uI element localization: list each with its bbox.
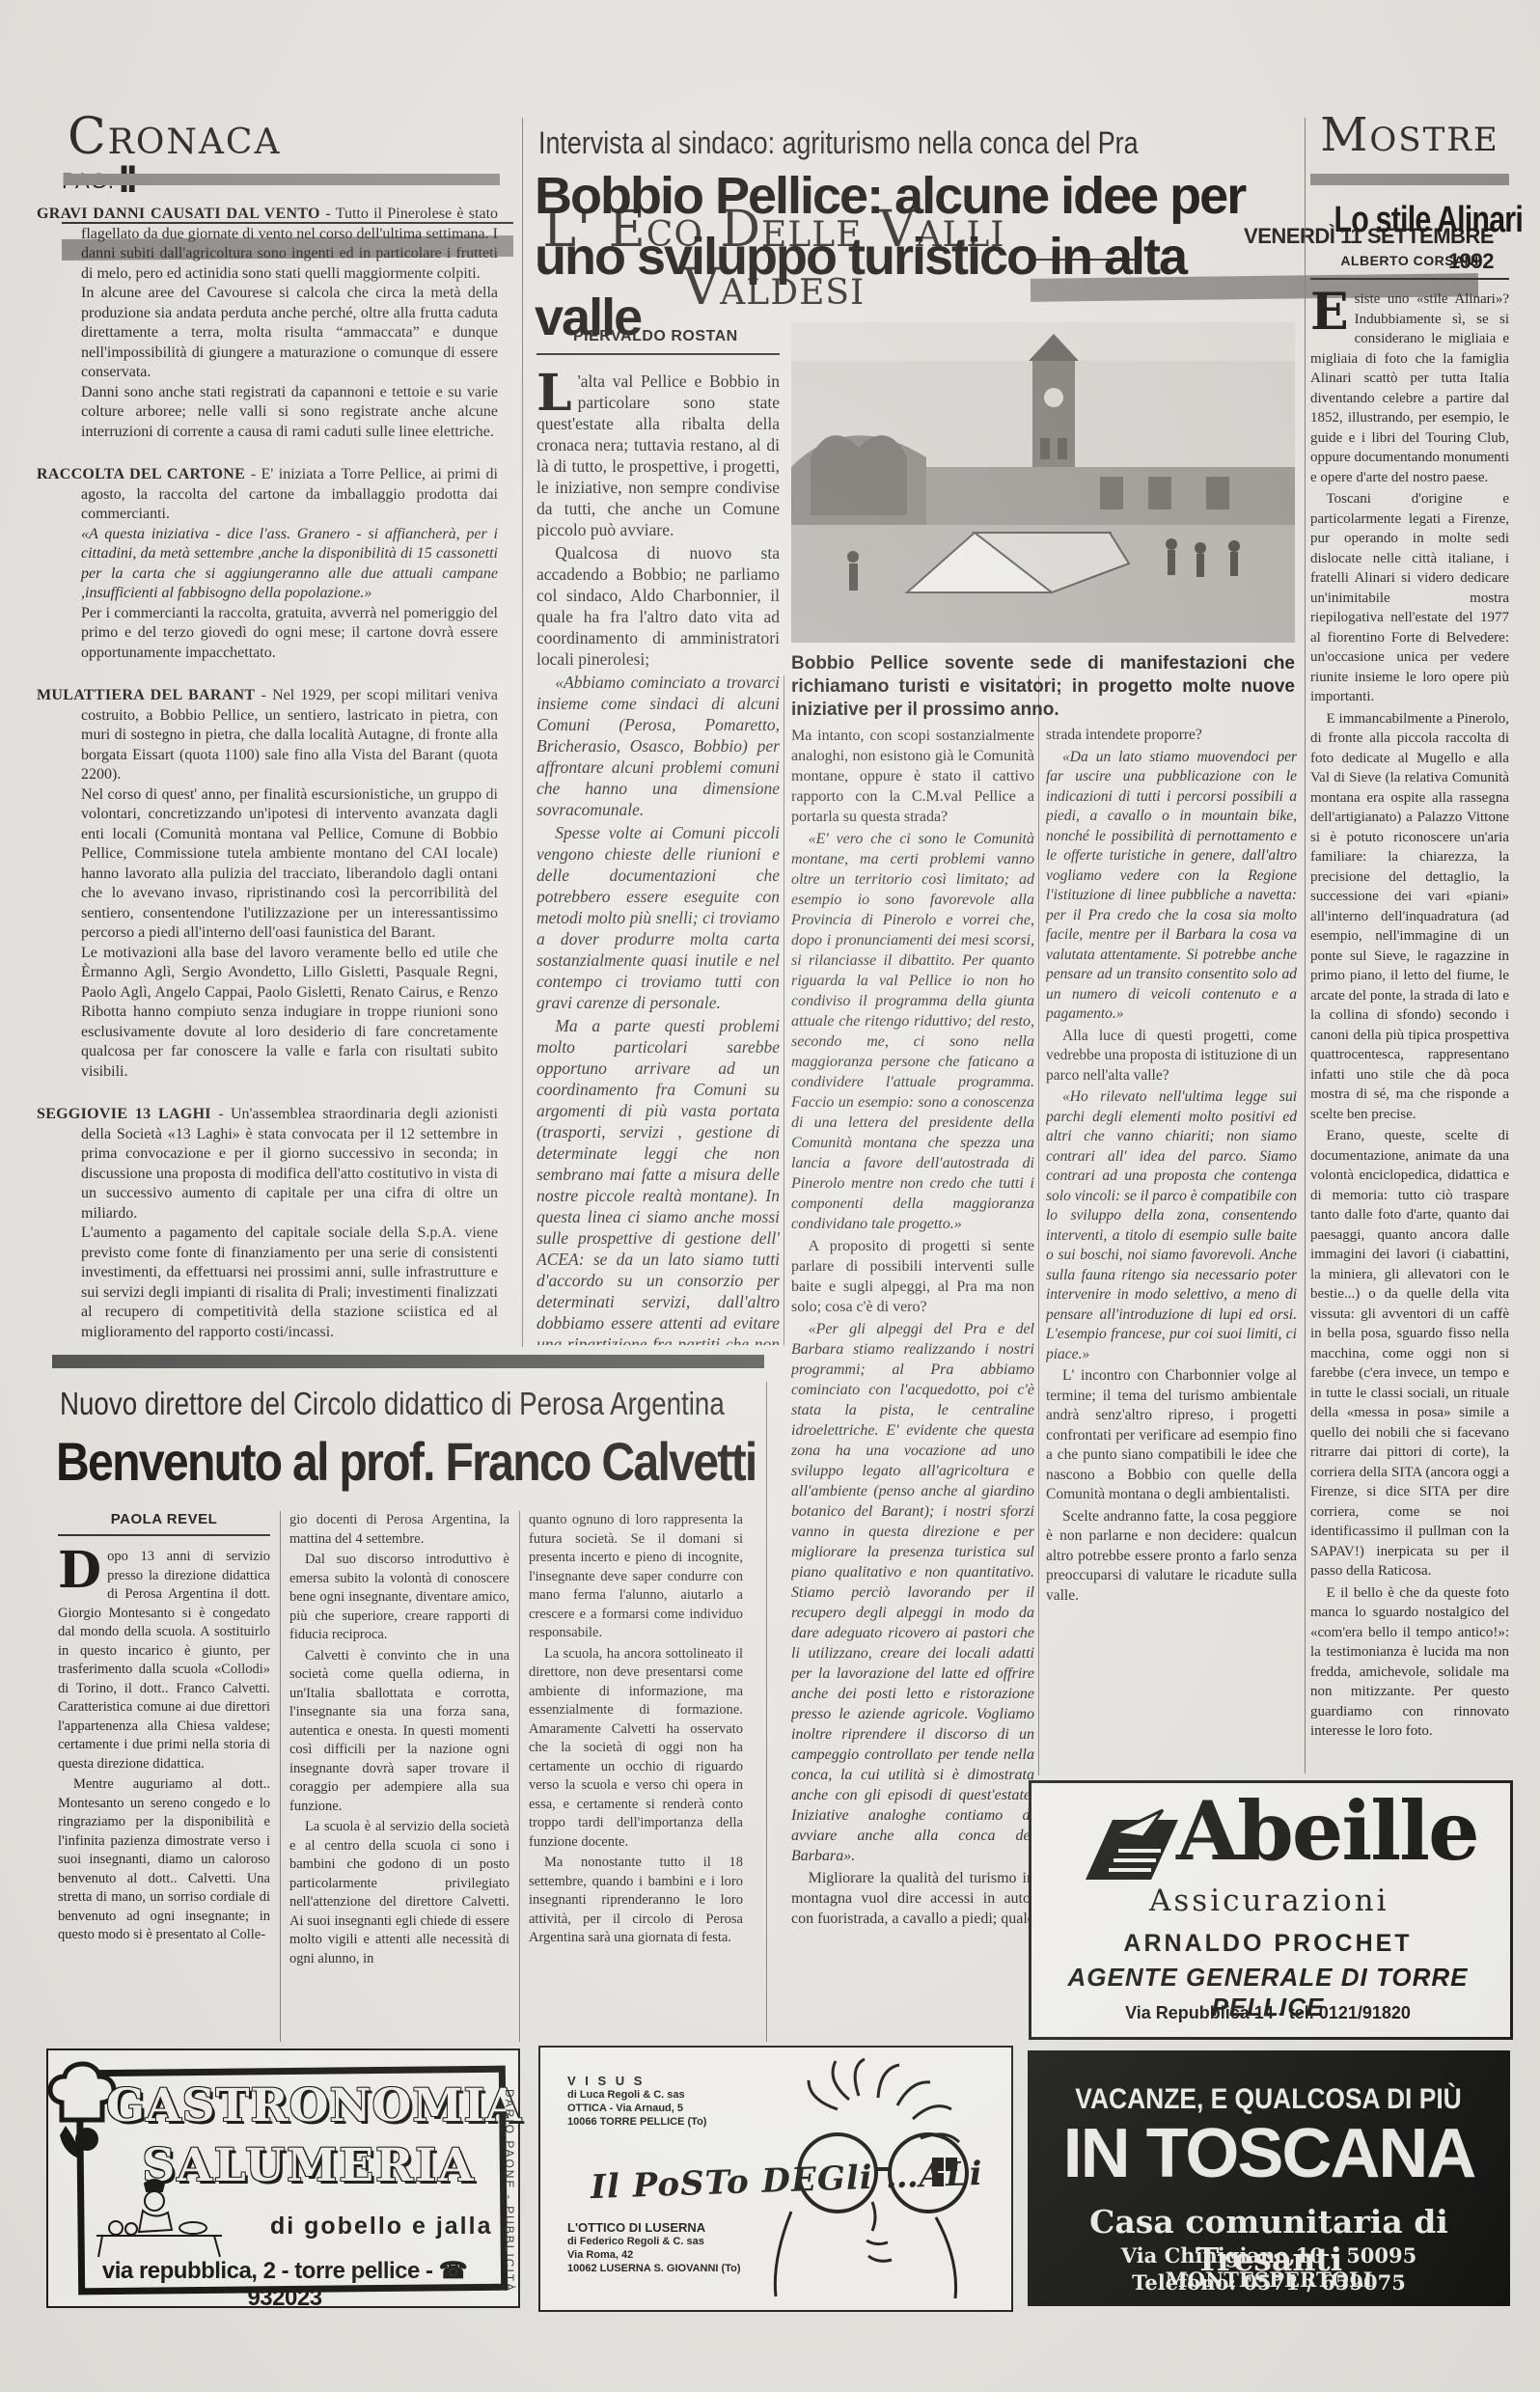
- mostre-text: Esiste uno «stile Alinari»? Indubbiament…: [1310, 289, 1509, 1772]
- bee-icon: [1070, 1804, 1186, 1890]
- ad-toscana: VACANZE, E QUALCOSA DI PIÙ IN TOSCANA Ca…: [1028, 2050, 1510, 2306]
- school-col1: Dopo 13 anni di servizio presso la direz…: [58, 1548, 270, 2042]
- town-square-illustration: [791, 322, 1295, 643]
- school-col2: gio docenti di Perosa Argentina, la matt…: [289, 1511, 509, 2042]
- news-item: MULATTIERA DEL BARANT - Nel 1929, per sc…: [37, 686, 498, 1082]
- visus-name: V I S U S: [567, 2075, 706, 2088]
- news-item: SEGGIOVIE 13 LAGHI - Un'assemblea straor…: [37, 1105, 498, 1342]
- divider-school-2-3: [519, 1511, 520, 2042]
- cronaca-bar: [64, 174, 500, 185]
- ad-ottico: V I S U S di Luca Regoli & C. sas OTTICA…: [538, 2046, 1013, 2312]
- school-byline: PAOLA REVEL: [58, 1511, 270, 1527]
- section-title-mostre: Mostre: [1310, 108, 1509, 162]
- abeille-brand: Abeille: [1176, 1783, 1478, 1879]
- news-item: RACCOLTA DEL CARTONE - E' iniziata a Tor…: [37, 465, 498, 663]
- mostre-byline-rule: [1310, 278, 1509, 280]
- section-separator-bar: [52, 1355, 764, 1368]
- ad-gastronomia: GASTRONOMIA SALUMERIA di gobello e jalla…: [46, 2048, 520, 2308]
- lottico-line2: Via Roma, 42: [567, 2248, 741, 2262]
- main-byline-rule: [536, 353, 780, 355]
- school-byline-rule: [58, 1534, 270, 1536]
- divider-col2-col3: [1038, 675, 1039, 1775]
- news-item: GRAVI DANNI CAUSATI DAL VENTO - Tutto il…: [37, 205, 498, 442]
- gastronomia-owners: di gobello e jalla: [270, 2213, 492, 2241]
- cook-illustration: [87, 2176, 232, 2268]
- section-title-cronaca: Cronaca: [68, 108, 281, 166]
- gastronomia-line1: GASTRONOMIA: [106, 2079, 492, 2132]
- gastronomia-address: via repubblica, 2 - torre pellice - ☎ 93…: [87, 2257, 482, 2312]
- visus-line3: 10066 TORRE PELLICE (To): [567, 2115, 706, 2129]
- main-kicker: Intervista al sindaco: agriturismo nella…: [538, 125, 1139, 161]
- divider-school-1-2: [280, 1511, 281, 2042]
- lottico-name: L'OTTICO DI LUSERNA: [567, 2221, 741, 2235]
- photo-caption: Bobbio Pellice sovente sede di manifesta…: [791, 652, 1295, 722]
- mostre-bar: [1310, 174, 1509, 185]
- main-byline: PIERVALDO ROSTAN: [573, 328, 738, 345]
- cronaca-items: GRAVI DANNI CAUSATI DAL VENTO - Tutto il…: [37, 205, 498, 1347]
- school-col3: quanto ognuno di loro rappresenta la fut…: [529, 1511, 743, 2042]
- mostre-headline: Lo stile Alinari: [1334, 199, 1523, 241]
- divider-col1-col2: [784, 675, 784, 1345]
- school-kicker: Nuovo direttore del Circolo didattico di…: [60, 1386, 725, 1422]
- main-article-col3: strada intendete proporre?«Da un lato st…: [1046, 726, 1297, 1773]
- gastronomia-credit: DARIO PAONE - PUBBLICITÀ: [503, 2089, 516, 2293]
- ad-abeille: Abeille Assicurazioni ARNALDO PROCHET AG…: [1029, 1780, 1513, 2040]
- toscana-title: IN TOSCANA: [1028, 2114, 1510, 2193]
- abeille-address: Via Repubblica 14 - tel. 0121/91820: [1031, 2003, 1504, 2023]
- school-headline: Benvenuto al prof. Franco Calvetti: [56, 1430, 756, 1494]
- abeille-agent: ARNALDO PROCHET: [1031, 1930, 1504, 1958]
- visus-line2: OTTICA - Via Arnaud, 5: [567, 2102, 706, 2115]
- toscana-phone: Telefono: 0571 / 659075: [1028, 2270, 1510, 2295]
- divider-left-center: [522, 118, 523, 1347]
- visus-detail: di Luca Regoli & C. sas: [567, 2088, 706, 2102]
- newspaper-page: PAG. II L' Eco Delle Valli Valdesi VENER…: [0, 0, 1540, 2392]
- abeille-subtitle: Assicurazioni: [1149, 1883, 1389, 1918]
- main-article-col1: L'alta val Pellice e Bobbio in particola…: [536, 371, 780, 1345]
- toscana-kicker: VACANZE, E QUALCOSA DI PIÙ: [1076, 2083, 1462, 2116]
- mostre-byline: ALBERTO CORSANI: [1310, 253, 1509, 268]
- lottico-detail: di Federico Regoli & C. sas: [567, 2235, 741, 2248]
- article-photo: [791, 322, 1295, 643]
- divider-center-right: [1305, 118, 1306, 1773]
- lottico-line3: 10062 LUSERNA S. GIOVANNI (To): [567, 2262, 741, 2275]
